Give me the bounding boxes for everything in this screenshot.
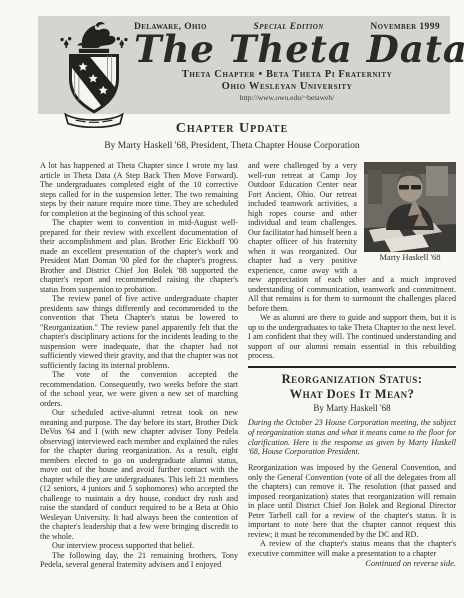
- photo-caption: Marty Haskell '68: [364, 252, 456, 263]
- article-head: Chapter Update By Marty Haskell '68, Pre…: [0, 121, 464, 151]
- masthead-url: http://www.owu.edu/~betaweb/: [134, 93, 440, 103]
- body-paragraph: The vote of the convention accepted the …: [40, 370, 238, 408]
- reorg-byline: By Marty Haskell '68: [248, 404, 456, 414]
- body-paragraph: The review panel of five active undergra…: [40, 294, 238, 370]
- article-body: A lot has happened at Theta Chapter sinc…: [40, 161, 456, 570]
- body-paragraph: We as alumni are there to guide and supp…: [248, 313, 456, 361]
- body-paragraph: A review of the chapter's status means t…: [248, 539, 456, 558]
- masthead-university-line: Ohio Wesleyan University: [134, 81, 440, 93]
- body-paragraph: Our interview process supported that bel…: [40, 541, 238, 551]
- body-paragraph: Reorganization was imposed by the Genera…: [248, 463, 456, 539]
- reorg-title-line2: What Does It Mean?: [248, 387, 456, 402]
- marty-haskell-photo: [364, 162, 456, 252]
- right-column: Marty Haskell '68 and were challenged by…: [248, 161, 456, 570]
- continued-note: Continued on reverse side.: [248, 559, 456, 569]
- article-byline: By Marty Haskell '68, President, Theta C…: [0, 141, 464, 151]
- body-paragraph: Our scheduled active-alumni retreat took…: [40, 408, 238, 541]
- masthead-text: Delaware, Ohio Special Edition November …: [134, 16, 450, 103]
- reorg-intro: During the October 23 House Corporation …: [248, 418, 456, 457]
- article-title: Chapter Update: [0, 121, 464, 137]
- left-column: A lot has happened at Theta Chapter sinc…: [40, 161, 238, 570]
- section-divider: [248, 366, 456, 368]
- reorg-title-line1: Reorganization Status:: [248, 372, 456, 387]
- body-paragraph: The following day, the 21 remaining brot…: [40, 551, 238, 570]
- photo-box: Marty Haskell '68: [364, 162, 456, 263]
- body-paragraph: The chapter went to convention in mid-Au…: [40, 218, 238, 294]
- reorg-section-title: Reorganization Status: What Does It Mean…: [248, 372, 456, 402]
- body-paragraph: A lot has happened at Theta Chapter sinc…: [40, 161, 238, 218]
- newsletter-page: Delaware, Ohio Special Edition November …: [0, 0, 464, 598]
- masthead: Delaware, Ohio Special Edition November …: [38, 16, 450, 114]
- beta-theta-pi-crest-icon: [52, 20, 136, 128]
- newsletter-title: The Theta Data: [134, 29, 440, 69]
